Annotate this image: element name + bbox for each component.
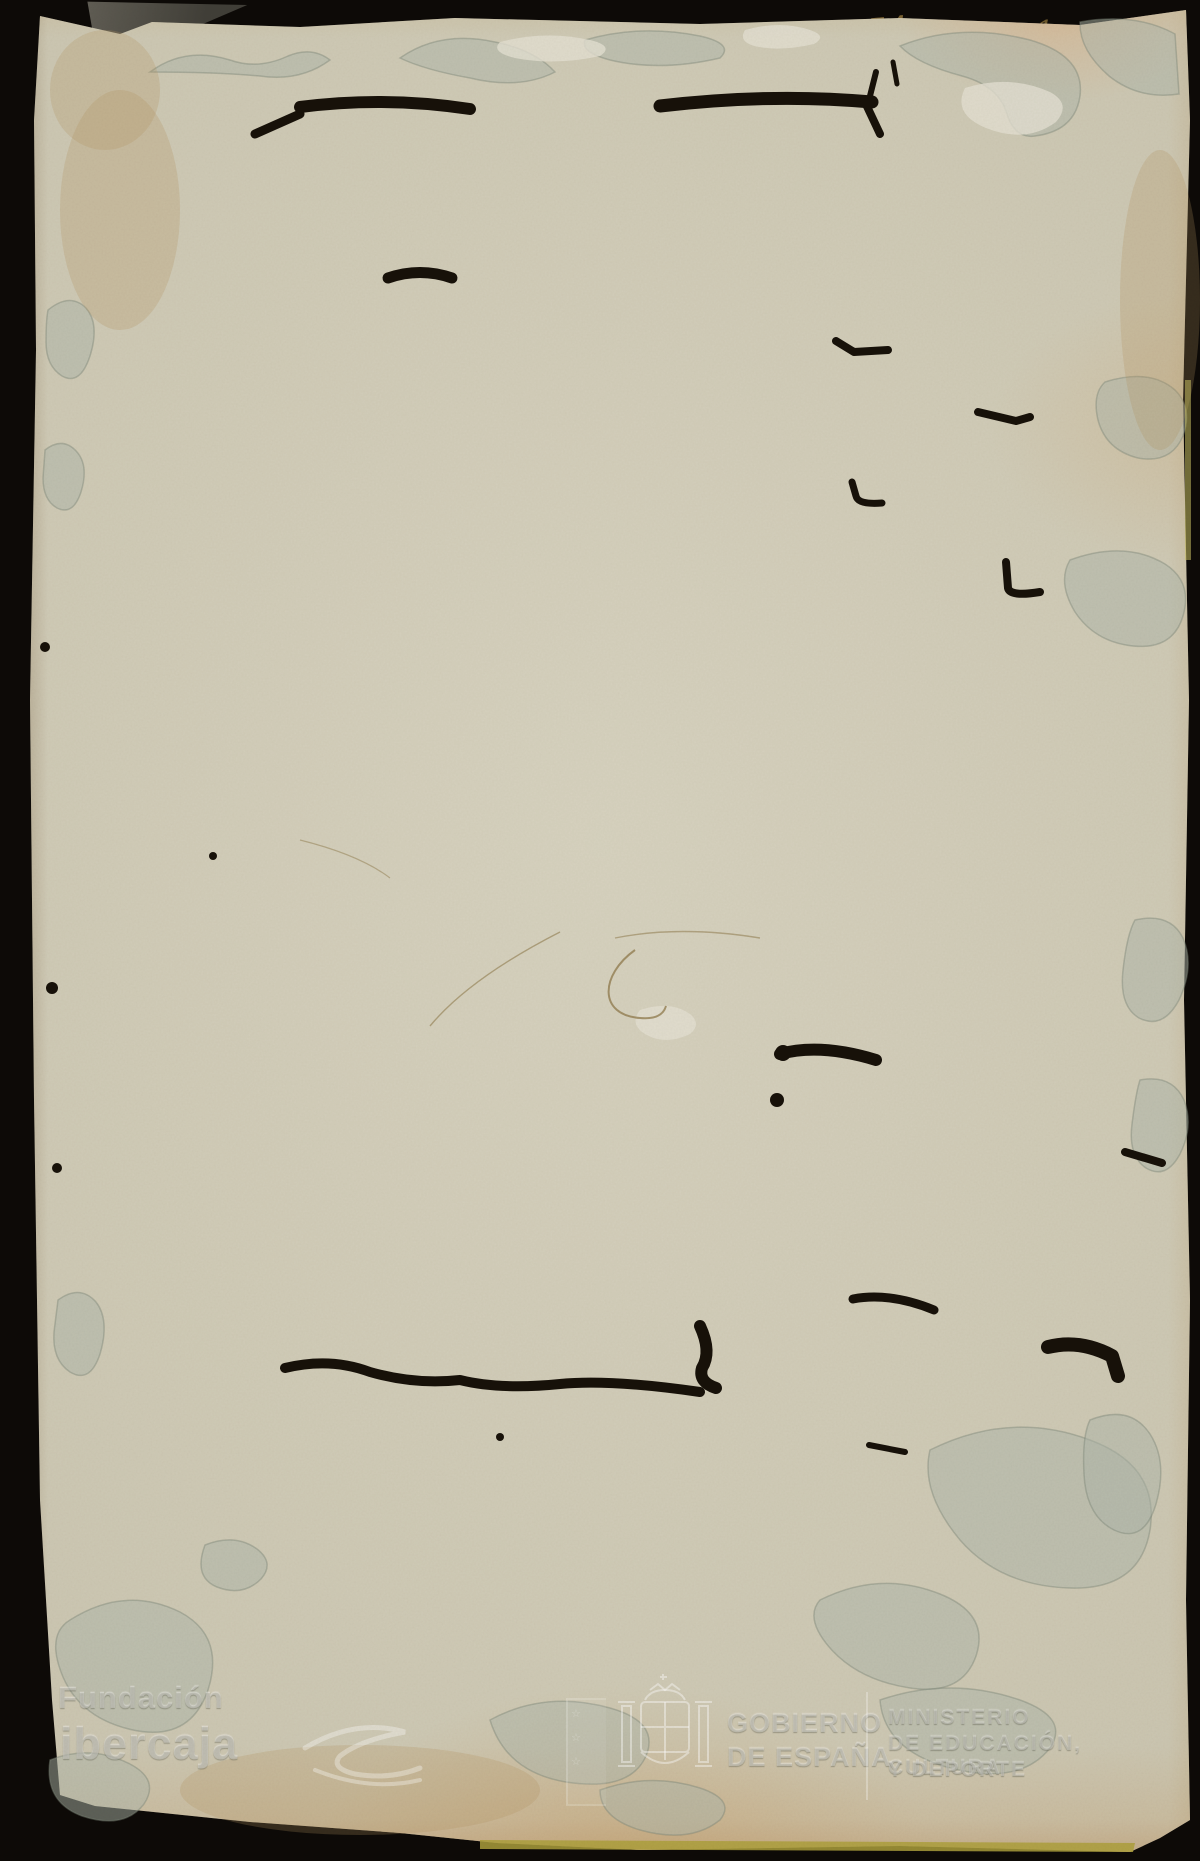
gobierno-logo-stars: ☆ ☆ ☆ [571,1702,581,1774]
gobierno-watermark-line1: GOBIERNO [727,1708,882,1739]
watermark-divider [866,1692,868,1800]
ibercaja-logo-swoosh-icon [0,0,1200,1861]
ministry-watermark-line1: MINISTERIO [888,1706,1031,1730]
manuscript-scan: Nobil Nicholay pat' dci ffrancisci nob h… [0,0,1200,1861]
spain-coat-of-arms-icon [618,1674,712,1766]
ministry-watermark-line3: Y DEPORTE [888,1758,1027,1782]
